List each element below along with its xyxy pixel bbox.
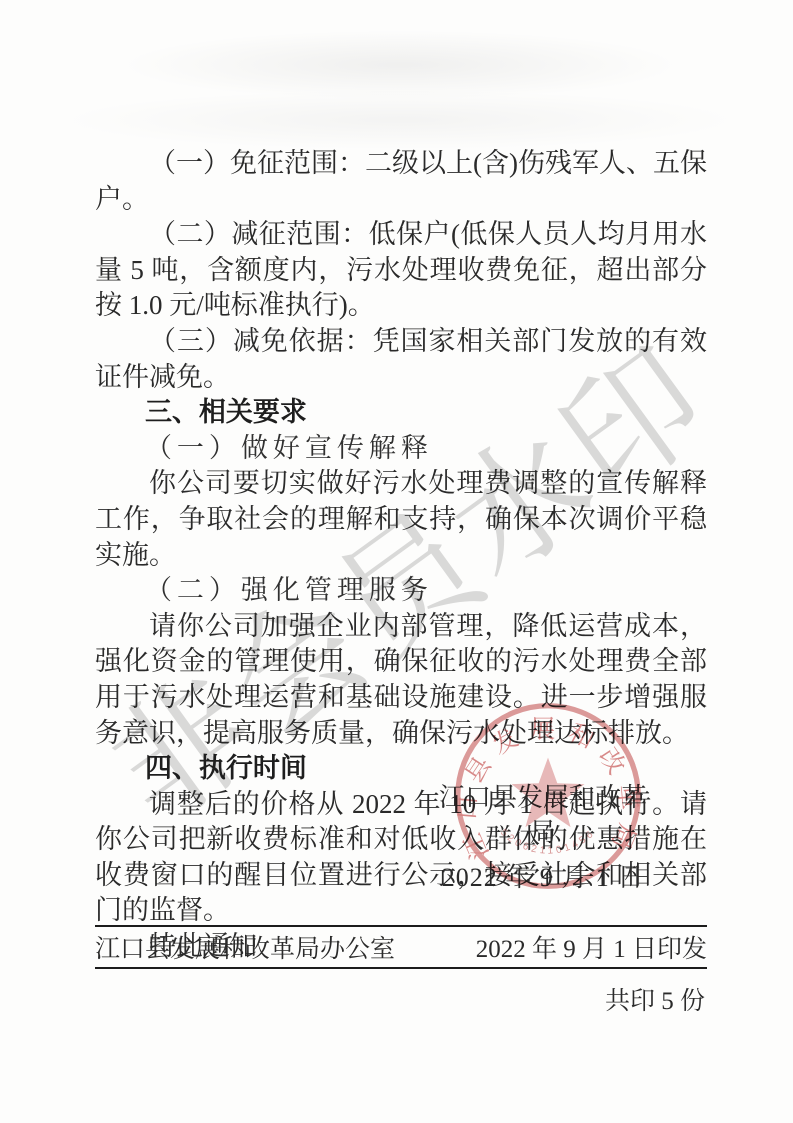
footer-print-date: 2022 年 9 月 1 日印发 <box>476 929 707 965</box>
signature-date: 2022 年 9 月 1 日 <box>428 860 658 895</box>
footer-issuer: 江口县发展和改革局办公室 <box>95 929 395 965</box>
scan-smudge <box>60 90 740 150</box>
footer-divider-bottom <box>95 967 707 969</box>
document-page: 非会员水印 （一）免征范围：二级以上(含)伤残军人、五保户。 （二）减征范围：低… <box>0 0 793 1123</box>
scan-smudge <box>120 30 680 100</box>
paragraph-management: 请你公司加强企业内部管理，降低运营成本，强化资金的管理使用，确保征收的污水处理费… <box>95 609 707 751</box>
signature-organization: 江口县发展和改革局 <box>428 780 658 850</box>
subheading-publicity: （一）做好宣传解释 <box>95 431 707 467</box>
footer-copies: 共印 5 份 <box>95 981 707 1017</box>
subheading-management: （二）强化管理服务 <box>95 573 707 609</box>
signature-block: 江口县发展和改革局 2022 年 9 月 1 日 <box>428 780 658 895</box>
paragraph-reduction-basis: （三）减免依据：凭国家相关部门发放的有效证件减免。 <box>95 324 707 395</box>
colophon: 江口县发展和改革局办公室 2022 年 9 月 1 日印发 共印 5 份 <box>95 925 707 1017</box>
paragraph-reduction-scope: （二）减征范围：低保户(低保人员人均月用水量 5 吨，含额度内，污水处理收费免征… <box>95 217 707 324</box>
section-heading-3: 三、相关要求 <box>95 395 707 431</box>
paragraph-publicity: 你公司要切实做好污水处理费调整的宣传解释工作，争取社会的理解和支持，确保本次调价… <box>95 466 707 573</box>
paragraph-exemption-scope: （一）免征范围：二级以上(含)伤残军人、五保户。 <box>95 146 707 217</box>
